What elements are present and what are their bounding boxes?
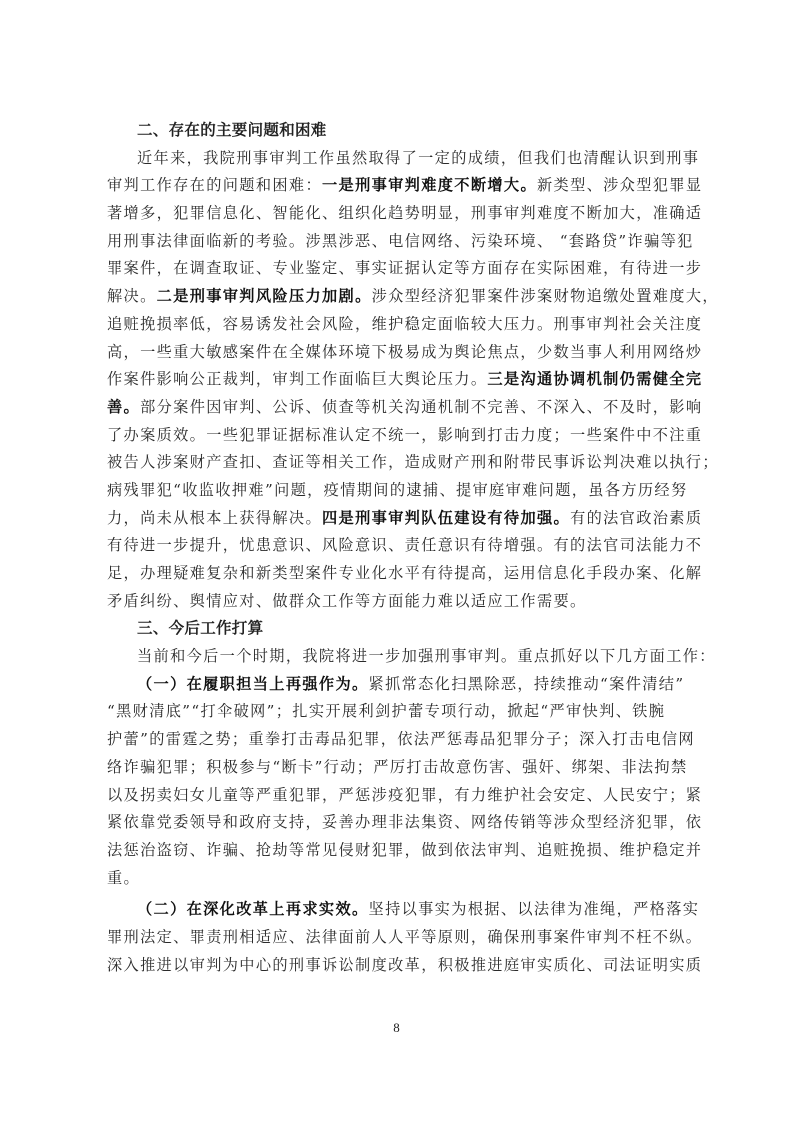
text-line: 矛盾纠纷、舆情应对、做群众工作等方面能力难以适应工作需要。 (107, 588, 691, 616)
text-run: 近年来，我院刑事审判工作虽然取得了一定的成绩，但我们也清醒认识到刑事 (137, 149, 699, 167)
text-run: 审判工作存在的问题和困难： (107, 176, 322, 194)
bold-key-point: （二）在深化改革上再求实效。 (137, 900, 369, 918)
text-run: 有的法官政治素质 (570, 509, 702, 527)
bold-key-point: 三是沟通协调机制仍需健全完 (487, 370, 702, 388)
text-run: 护蕾”的雷霆之势；重拳打击毒品犯罪，依法严惩毒品犯罪分子；深入打击电信网 (107, 730, 695, 748)
text-run: 络诈骗犯罪；积极参与“断卡”行动；严厉打击故意伤害、强奸、绑架、非法拘禁 (107, 758, 688, 776)
text-run: 用刑事法律面临新的考验。涉黑涉恶、电信网络、污染环境、 “套路贷”诈骗等犯 (107, 232, 694, 250)
text-line: 善。部分案件因审判、公诉、侦查等机关沟通机制不完善、不深入、不及时，影响 (107, 394, 691, 422)
text-run: 深入推进以审判为中心的刑事诉讼制度改革，积极推进庭审实质化、司法证明实质 (107, 956, 702, 974)
text-run: 部分案件因审判、公诉、侦查等机关沟通机制不完善、不深入、不及时，影响 (140, 398, 702, 416)
bold-key-point: 善。 (107, 398, 140, 416)
text-line: 了办案质效。一些犯罪证据标准认定不统一，影响到打击力度；一些案件中不注重 (107, 422, 691, 450)
section-heading-problems: 二、存在的主要问题和困难 (107, 117, 691, 145)
text-run: 罪刑法定、罪责刑相适应、法律面前人人平等原则，确保刑事案件审判不枉不纵。 (107, 928, 702, 946)
section-problems-body: 近年来，我院刑事审判工作虽然取得了一定的成绩，但我们也清醒认识到刑事审判工作存在… (107, 145, 691, 616)
text-line: 用刑事法律面临新的考验。涉黑涉恶、电信网络、污染环境、 “套路贷”诈骗等犯 (107, 228, 691, 256)
text-run: 解决。 (107, 287, 157, 305)
text-line: 近年来，我院刑事审判工作虽然取得了一定的成绩，但我们也清醒认识到刑事 (107, 145, 691, 173)
text-run: 足，办理疑难复杂和新类型案件专业化水平有待提高，运用信息化手段办案、化解 (107, 564, 702, 582)
text-line: 重。 (107, 865, 691, 893)
page-number: 8 (0, 1020, 793, 1036)
text-run: 涉众型经济犯罪案件涉案财物追缴处置难度大， (372, 287, 719, 305)
text-line: 审判工作存在的问题和困难：一是刑事审判难度不断增大。新类型、涉众型犯罪显 (107, 172, 691, 200)
text-line: 法惩治盗窃、诈骗、抢劫等常见侵财犯罪，做到依法审判、追赃挽损、维护稳定并 (107, 837, 691, 865)
text-run: 法惩治盗窃、诈骗、抢劫等常见侵财犯罪，做到依法审判、追赃挽损、维护稳定并 (107, 841, 702, 859)
section-plans-body: 当前和今后一个时期，我院将进一步加强刑事审判。重点抓好以下几方面工作：（一）在履… (107, 643, 691, 979)
text-line: 深入推进以审判为中心的刑事诉讼制度改革，积极推进庭审实质化、司法证明实质 (107, 952, 691, 980)
bold-key-point: 一是刑事审判难度不断增大。 (322, 176, 537, 194)
text-line: （一）在履职担当上再强作为。紧抓常态化扫黑除恶，持续推动“案件清结” (107, 671, 691, 699)
text-run: 当前和今后一个时期，我院将进一步加强刑事审判。重点抓好以下几方面工作： (137, 647, 716, 665)
text-run: 紧抓常态化扫黑除恶，持续推动“案件清结” (369, 675, 685, 693)
text-run: 著增多，犯罪信息化、智能化、组织化趋势明显，刑事审判难度不断加大，准确适 (107, 204, 702, 222)
text-run: 追赃挽损率低，容易诱发社会风险，维护稳定面临较大压力。刑事审判社会关注度 (107, 315, 702, 333)
text-line: 以及拐卖妇女儿童等严重犯罪，严惩涉疫犯罪，有力维护社会安定、人民安宁；紧 (107, 782, 691, 810)
text-run: “黑财清底”“打伞破网”；扎实开展利剑护蕾专项行动，掀起“严审快判、铁腕 (107, 702, 665, 720)
text-line: 力，尚未从根本上获得解决。四是刑事审判队伍建设有待加强。有的法官政治素质 (107, 505, 691, 533)
text-run: 了办案质效。一些犯罪证据标准认定不统一，影响到打击力度；一些案件中不注重 (107, 426, 702, 444)
text-line: 被告人涉案财产查扣、查证等相关工作，造成财产刑和附带民事诉讼判决难以执行； (107, 449, 691, 477)
bold-key-point: 四是刑事审判队伍建设有待加强。 (322, 509, 570, 527)
text-run: 紧依靠党委领导和政府支持，妥善办理非法集资、网络传销等涉众型经济犯罪，依 (107, 813, 702, 831)
text-line: 当前和今后一个时期，我院将进一步加强刑事审判。重点抓好以下几方面工作： (107, 643, 691, 671)
text-run: 高，一些重大敏感案件在全媒体环境下极易成为舆论焦点，少数当事人利用网络炒 (107, 343, 702, 361)
text-line: 护蕾”的雷霆之势；重拳打击毒品犯罪，依法严惩毒品犯罪分子；深入打击电信网 (107, 726, 691, 754)
document-page: 二、存在的主要问题和困难 近年来，我院刑事审判工作虽然取得了一定的成绩，但我们也… (0, 0, 793, 1122)
bold-key-point: （一）在履职担当上再强作为。 (137, 675, 369, 693)
text-run: 病残罪犯“收监收押难”问题，疫情期间的逮捕、提审庭审难问题，虽各方历经努 (107, 481, 688, 499)
text-line: 著增多，犯罪信息化、智能化、组织化趋势明显，刑事审判难度不断加大，准确适 (107, 200, 691, 228)
text-run: 有待进一步提升，忧患意识、风险意识、责任意识有待增强。有的法官司法能力不 (107, 536, 702, 554)
text-run: 被告人涉案财产查扣、查证等相关工作，造成财产刑和附带民事诉讼判决难以执行； (107, 453, 719, 471)
text-line: 病残罪犯“收监收押难”问题，疫情期间的逮捕、提审庭审难问题，虽各方历经努 (107, 477, 691, 505)
bold-key-point: 二是刑事审判风险压力加剧。 (157, 287, 372, 305)
text-line: 络诈骗犯罪；积极参与“断卡”行动；严厉打击故意伤害、强奸、绑架、非法拘禁 (107, 754, 691, 782)
text-line: 罪刑法定、罪责刑相适应、法律面前人人平等原则，确保刑事案件审判不枉不纵。 (107, 924, 691, 952)
text-line: 高，一些重大敏感案件在全媒体环境下极易成为舆论焦点，少数当事人利用网络炒 (107, 339, 691, 367)
text-line: 有待进一步提升，忧患意识、风险意识、责任意识有待增强。有的法官司法能力不 (107, 532, 691, 560)
text-run: 以及拐卖妇女儿童等严重犯罪，严惩涉疫犯罪，有力维护社会安定、人民安宁；紧 (107, 786, 702, 804)
text-line: 作案件影响公正裁判，审判工作面临巨大舆论压力。三是沟通协调机制仍需健全完 (107, 366, 691, 394)
document-body: 二、存在的主要问题和困难 近年来，我院刑事审判工作虽然取得了一定的成绩，但我们也… (107, 117, 691, 979)
text-line: “黑财清底”“打伞破网”；扎实开展利剑护蕾专项行动，掀起“严审快判、铁腕 (107, 698, 691, 726)
section-heading-plans: 三、今后工作打算 (107, 615, 691, 643)
text-line: 罪案件，在调查取证、专业鉴定、事实证据认定等方面存在实际困难，有待进一步 (107, 255, 691, 283)
text-run: 矛盾纠纷、舆情应对、做群众工作等方面能力难以适应工作需要。 (107, 592, 587, 610)
text-run: 重。 (107, 869, 140, 887)
text-run: 罪案件，在调查取证、专业鉴定、事实证据认定等方面存在实际困难，有待进一步 (107, 259, 702, 277)
text-line: 紧依靠党委领导和政府支持，妥善办理非法集资、网络传销等涉众型经济犯罪，依 (107, 809, 691, 837)
text-run: 坚持以事实为根据、以法律为准绳，严格落实 (369, 900, 700, 918)
text-line: （二）在深化改革上再求实效。坚持以事实为根据、以法律为准绳，严格落实 (107, 896, 691, 924)
text-line: 解决。二是刑事审判风险压力加剧。涉众型经济犯罪案件涉案财物追缴处置难度大， (107, 283, 691, 311)
text-run: 新类型、涉众型犯罪显 (537, 176, 702, 194)
text-run: 力，尚未从根本上获得解决。 (107, 509, 322, 527)
text-line: 追赃挽损率低，容易诱发社会风险，维护稳定面临较大压力。刑事审判社会关注度 (107, 311, 691, 339)
text-line: 足，办理疑难复杂和新类型案件专业化水平有待提高，运用信息化手段办案、化解 (107, 560, 691, 588)
text-run: 作案件影响公正裁判，审判工作面临巨大舆论压力。 (107, 370, 487, 388)
